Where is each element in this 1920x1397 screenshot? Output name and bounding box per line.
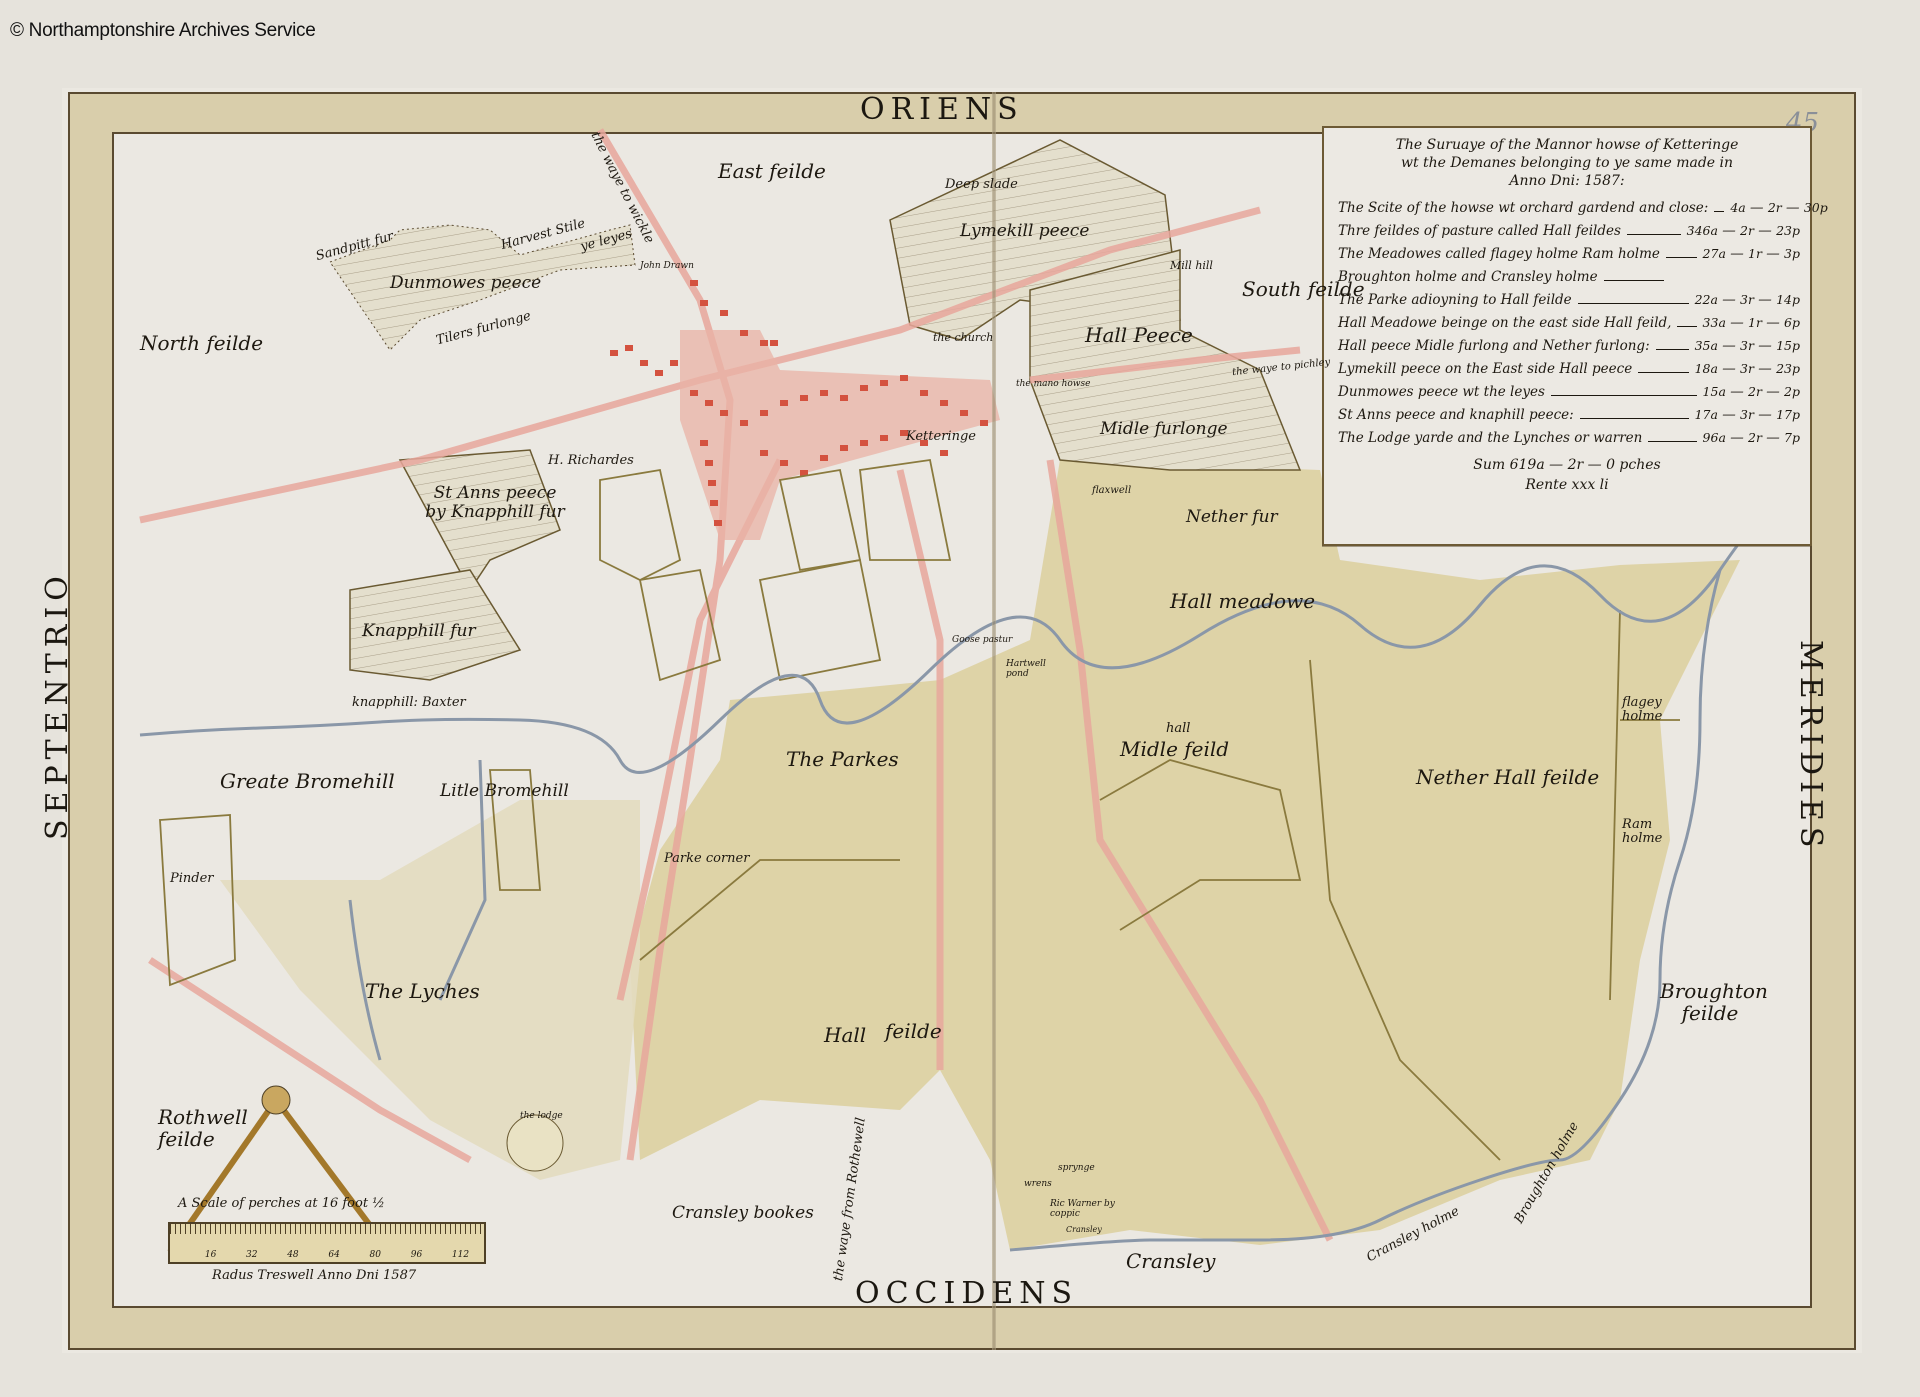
label-lymekill-peece: Lymekill peece [960, 222, 1089, 241]
label-pinder: Pinder [170, 872, 214, 886]
label-nether-hall-feilde: Nether Hall feilde [1416, 766, 1599, 788]
label-nether-fur: Nether fur [1186, 508, 1278, 527]
label-hall-midle-feild-top: hall [1166, 722, 1190, 736]
surveyor-signature: Radus Treswell Anno Dni 1587 [212, 1268, 416, 1283]
label-hall-feilde-2: feilde [885, 1020, 942, 1042]
legend-row: The Parke adioyning to Hall feilde22a — … [1338, 292, 1800, 315]
label-east-feilde: East feilde [718, 160, 826, 182]
label-john-drawn: John Drawn [640, 262, 694, 272]
label-cransley: Cransley [1126, 1250, 1215, 1272]
label-mill-hill: Mill hill [1170, 260, 1213, 272]
label-st-anns-peece: St Anns peece by Knapphill fur [425, 484, 565, 521]
compass-west-label: OCCIDENS [855, 1276, 1078, 1311]
legend-row: The Lodge yarde and the Lynches or warre… [1338, 430, 1800, 453]
compass-north-label: SEPTENTRIO [40, 480, 75, 840]
label-the-church: the church [933, 332, 993, 344]
legend-row: The Scite of the howse wt orchard garden… [1338, 200, 1800, 223]
label-manor-house: the mano howse [1016, 380, 1090, 390]
label-hall-feilde-1: Hall [824, 1024, 866, 1046]
scale-ticks [170, 1224, 484, 1234]
label-the-lyches: The Lyches [365, 980, 480, 1002]
label-rothwell-feilde: Rothwell feilde [158, 1106, 238, 1150]
legend-row: Dunmowes peece wt the leyes15a — 2r — 2p [1338, 384, 1800, 407]
label-ram-holme: Ram holme [1622, 818, 1672, 847]
legend-row: The Meadowes called flagey holme Ram hol… [1338, 246, 1800, 269]
lodge-enclosure [507, 1115, 563, 1171]
label-knapphill-fur: Knapphill fur [362, 622, 476, 641]
legend-row: St Anns peece and knaphill peece:17a — 3… [1338, 407, 1800, 430]
legend-title-line-1: The Suruaye of the Mannor howse of Kette… [1324, 136, 1810, 154]
label-midle-furlonge: Midle furlonge [1100, 420, 1228, 439]
label-flaxwell: flaxwell [1092, 485, 1131, 496]
label-litle-bromehill: Litle Bromehill [440, 782, 569, 801]
label-knapphill-baxter: knapphill: Baxter [352, 696, 466, 710]
legend-row: Thre feildes of pasture called Hall feil… [1338, 223, 1800, 246]
scale-bar: 16 32 48 64 80 96 112 [168, 1222, 486, 1264]
label-sprynge: sprynge [1058, 1164, 1095, 1174]
survey-legend: The Suruaye of the Mannor howse of Kette… [1322, 126, 1812, 546]
legend-title: The Suruaye of the Mannor howse of Kette… [1324, 136, 1810, 190]
legend-row: Lymekill peece on the East side Hall pee… [1338, 361, 1800, 384]
compass-south-label: MERIDIES [1793, 640, 1828, 960]
label-south-feilde: South feilde [1242, 278, 1365, 300]
legend-sum: Sum 619a — 2r — 0 pches [1324, 457, 1810, 473]
label-cransley-bookes: Cransley bookes [672, 1204, 814, 1223]
book-gutter [992, 92, 996, 1350]
copyright-notice: © Northamptonshire Archives Service [10, 20, 316, 42]
label-deep-slade: Deep slade [945, 178, 1018, 192]
label-dunmowes-peece: Dunmowes peece [390, 274, 541, 293]
label-h-richardes: H. Richardes [548, 454, 634, 468]
legend-row: Hall peece Midle furlong and Nether furl… [1338, 338, 1800, 361]
label-cransley-small: Cransley [1066, 1226, 1102, 1235]
label-goose-pasture: Goose pastur [952, 636, 1012, 646]
label-kettering: Ketteringe [906, 430, 976, 444]
legend-title-line-2: wt the Demanes belonging to ye same made… [1324, 154, 1810, 172]
label-ric-warner-coppice: Ric Warner by coppic [1050, 1200, 1130, 1220]
legend-row: Broughton holme and Cransley holme [1338, 269, 1800, 292]
label-midle-feild: Midle feild [1120, 738, 1229, 760]
label-hall-peece: Hall Peece [1085, 324, 1193, 346]
label-flagey-holme: flagey holme [1622, 696, 1672, 725]
scale-numbers: 16 32 48 64 80 96 112 [170, 1250, 484, 1260]
label-hall-meadowe: Hall meadowe [1170, 590, 1315, 612]
label-the-parkes: The Parkes [786, 748, 899, 770]
compass-east-label: ORIENS [860, 92, 1024, 127]
legend-title-line-3: Anno Dni: 1587: [1324, 172, 1810, 190]
legend-rent: Rente xxx li [1324, 477, 1810, 493]
label-north-feilde: North feilde [140, 332, 263, 354]
legend-row: Hall Meadowe beinge on the east side Hal… [1338, 315, 1800, 338]
label-wrens: wrens [1024, 1180, 1052, 1190]
legend-rows: The Scite of the howse wt orchard garden… [1324, 200, 1810, 453]
label-the-lodge: the lodge [520, 1112, 563, 1122]
label-hartwell-pond: Hartwell pond [1006, 660, 1046, 680]
label-greate-bromehill: Greate Bromehill [220, 770, 395, 792]
scale-caption: A Scale of perches at 16 foot ½ [178, 1196, 385, 1211]
label-parke-corner: Parke corner [664, 852, 749, 866]
label-broughton-feilde: Broughton feilde [1660, 980, 1760, 1024]
